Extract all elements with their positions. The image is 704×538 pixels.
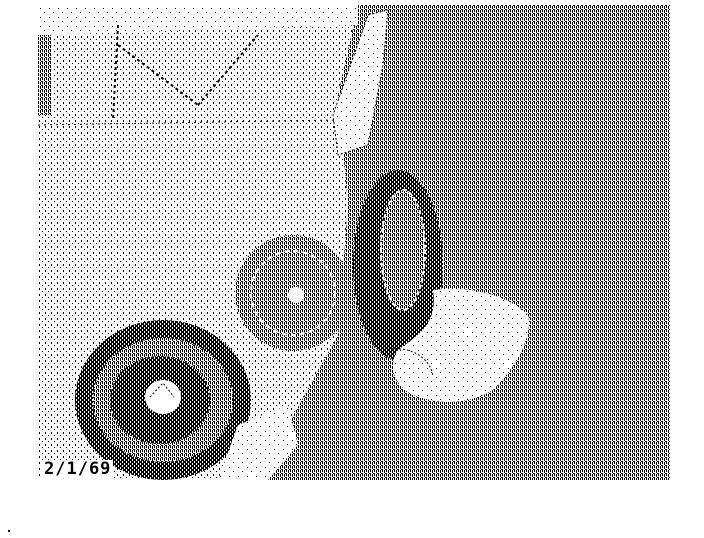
date-stamp: 2/1/69 [42, 460, 113, 478]
speck [8, 530, 10, 532]
engine-photo [38, 5, 670, 480]
